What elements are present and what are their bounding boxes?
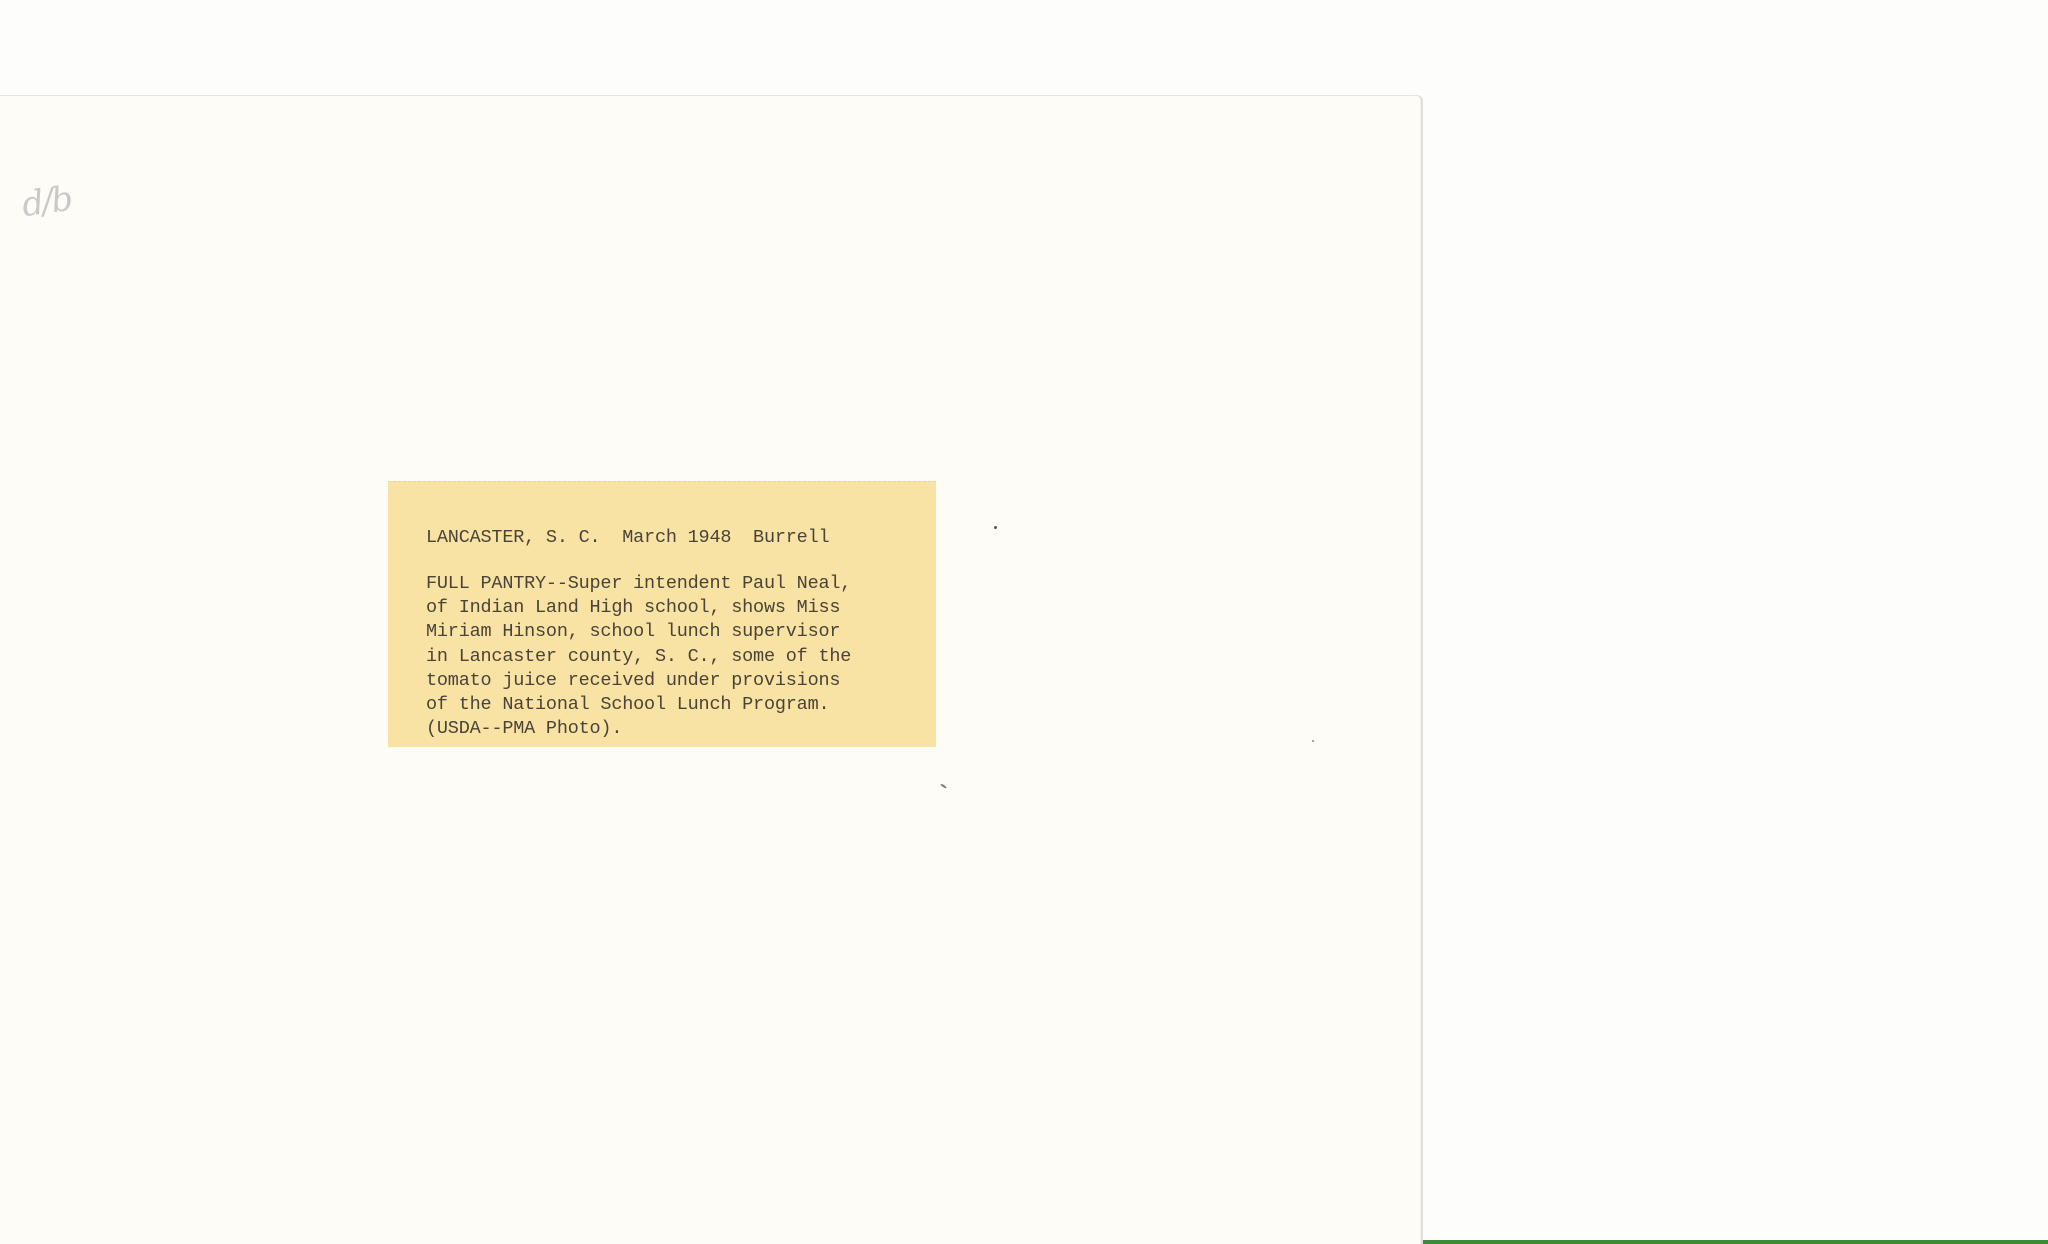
caption-header: LANCASTER, S. C. March 1948 Burrell <box>426 526 936 550</box>
scanner-edge-line <box>1422 1240 2048 1244</box>
dust-speck <box>994 526 997 529</box>
typed-caption-label: LANCASTER, S. C. March 1948 Burrell FULL… <box>388 481 936 747</box>
handwritten-pencil-note: d/b <box>19 179 73 225</box>
caption-body: FULL PANTRY--Super intendent Paul Neal, … <box>426 572 936 741</box>
dust-speck <box>1312 740 1314 742</box>
